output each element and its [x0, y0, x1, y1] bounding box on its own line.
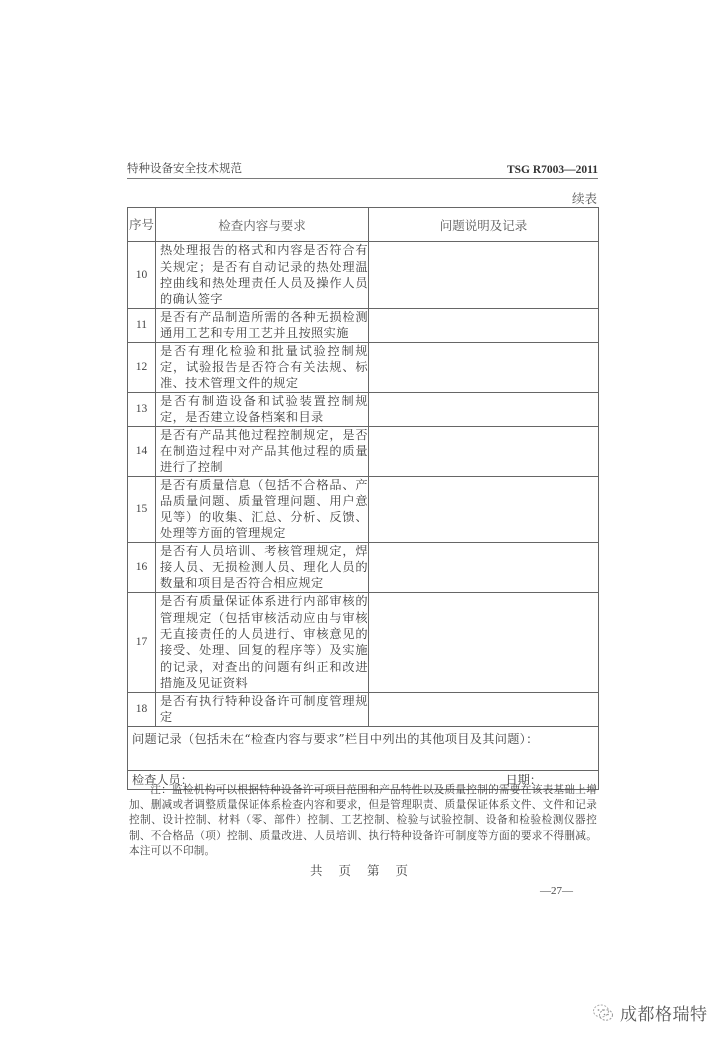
item-record-field[interactable]	[369, 242, 599, 309]
item-number: 18	[128, 692, 156, 726]
item-record-field[interactable]	[369, 592, 599, 692]
table-row: 14 是否有产品其他过程控制规定，是否在制造过程中对产品其他过程的质量进行了控制	[128, 426, 599, 476]
running-header: 特种设备安全技术规范 TSG R7003—2011	[127, 160, 598, 179]
table-row: 18 是否有执行特种设备许可制度管理规定	[128, 692, 599, 726]
table-row: 12 是否有理化检验和批量试验控制规定，试验报告是否符合有关法规、标准、技术管理…	[128, 342, 599, 392]
column-header-record: 问题说明及记录	[369, 208, 599, 242]
item-number: 16	[128, 542, 156, 592]
pager-total-suffix: 页	[339, 861, 352, 879]
table-row: 13 是否有制造设备和试验装置控制规定，是否建立设备档案和目录	[128, 392, 599, 426]
page-counter: 共页第页	[310, 861, 424, 879]
table-row: 10 热处理报告的格式和内容是否符合有关规定；是否有自动记录的热处理温控曲线和热…	[128, 242, 599, 309]
regulation-series-title: 特种设备安全技术规范	[127, 160, 242, 178]
item-record-field[interactable]	[369, 309, 599, 343]
item-requirement: 是否有质量信息（包括不合格品、产品质量问题、质量管理问题、用户意见等）的收集、汇…	[156, 476, 369, 542]
item-record-field[interactable]	[369, 542, 599, 592]
item-record-field[interactable]	[369, 342, 599, 392]
item-record-field[interactable]	[369, 476, 599, 542]
table-footnote: 注：监检机构可以根据特种设备许可项目范围和产品特性以及质量控制的需要在该表基础上…	[129, 783, 597, 859]
table-header-row: 序号 检查内容与要求 问题说明及记录	[128, 208, 599, 242]
item-number: 14	[128, 426, 156, 476]
watermark-text: 成都格瑞特	[620, 1000, 708, 1025]
item-requirement: 是否有人员培训、考核管理规定，焊接人员、无损检测人员、理化人员的数量和项目是否符…	[156, 542, 369, 592]
inspection-checklist-table: 序号 检查内容与要求 问题说明及记录 10 热处理报告的格式和内容是否符合有关规…	[127, 207, 599, 790]
watermark: 成都格瑞特	[592, 1000, 708, 1025]
table-row: 16 是否有人员培训、考核管理规定，焊接人员、无损检测人员、理化人员的数量和项目…	[128, 542, 599, 592]
item-requirement: 是否有质量保证体系进行内部审核的管理规定（包括审核活动应由与审核无直接责任的人员…	[156, 592, 369, 692]
item-requirement: 是否有执行特种设备许可制度管理规定	[156, 692, 369, 726]
page-number: —27—	[540, 885, 573, 897]
continued-table-label: 续表	[572, 189, 597, 207]
item-record-field[interactable]	[369, 426, 599, 476]
item-number: 15	[128, 476, 156, 542]
item-number: 12	[128, 342, 156, 392]
item-number: 11	[128, 309, 156, 343]
item-requirement: 是否有产品制造所需的各种无损检测通用工艺和专用工艺并且按照实施	[156, 309, 369, 343]
item-record-field[interactable]	[369, 692, 599, 726]
table-row: 17 是否有质量保证体系进行内部审核的管理规定（包括审核活动应由与审核无直接责任…	[128, 592, 599, 692]
problem-record-label: 问题记录（包括未在“检查内容与要求”栏目中列出的其他项目及其问题）：	[128, 726, 599, 770]
pager-current-suffix: 页	[396, 861, 409, 879]
item-number: 10	[128, 242, 156, 309]
pager-total-prefix: 共	[310, 861, 323, 879]
column-header-no: 序号	[128, 208, 156, 242]
item-number: 17	[128, 592, 156, 692]
pager-current-prefix: 第	[367, 861, 380, 879]
item-requirement: 是否有产品其他过程控制规定，是否在制造过程中对产品其他过程的质量进行了控制	[156, 426, 369, 476]
regulation-code: TSG R7003—2011	[507, 164, 598, 178]
wechat-chat-bubble-icon	[592, 1003, 614, 1023]
item-requirement: 是否有理化检验和批量试验控制规定，试验报告是否符合有关法规、标准、技术管理文件的…	[156, 342, 369, 392]
item-requirement: 热处理报告的格式和内容是否符合有关规定；是否有自动记录的热处理温控曲线和热处理责…	[156, 242, 369, 309]
column-header-content: 检查内容与要求	[156, 208, 369, 242]
item-number: 13	[128, 392, 156, 426]
table-row: 11 是否有产品制造所需的各种无损检测通用工艺和专用工艺并且按照实施	[128, 309, 599, 343]
table-row: 15 是否有质量信息（包括不合格品、产品质量问题、质量管理问题、用户意见等）的收…	[128, 476, 599, 542]
item-record-field[interactable]	[369, 392, 599, 426]
item-requirement: 是否有制造设备和试验装置控制规定，是否建立设备档案和目录	[156, 392, 369, 426]
problem-record-row: 问题记录（包括未在“检查内容与要求”栏目中列出的其他项目及其问题）：	[128, 726, 599, 770]
